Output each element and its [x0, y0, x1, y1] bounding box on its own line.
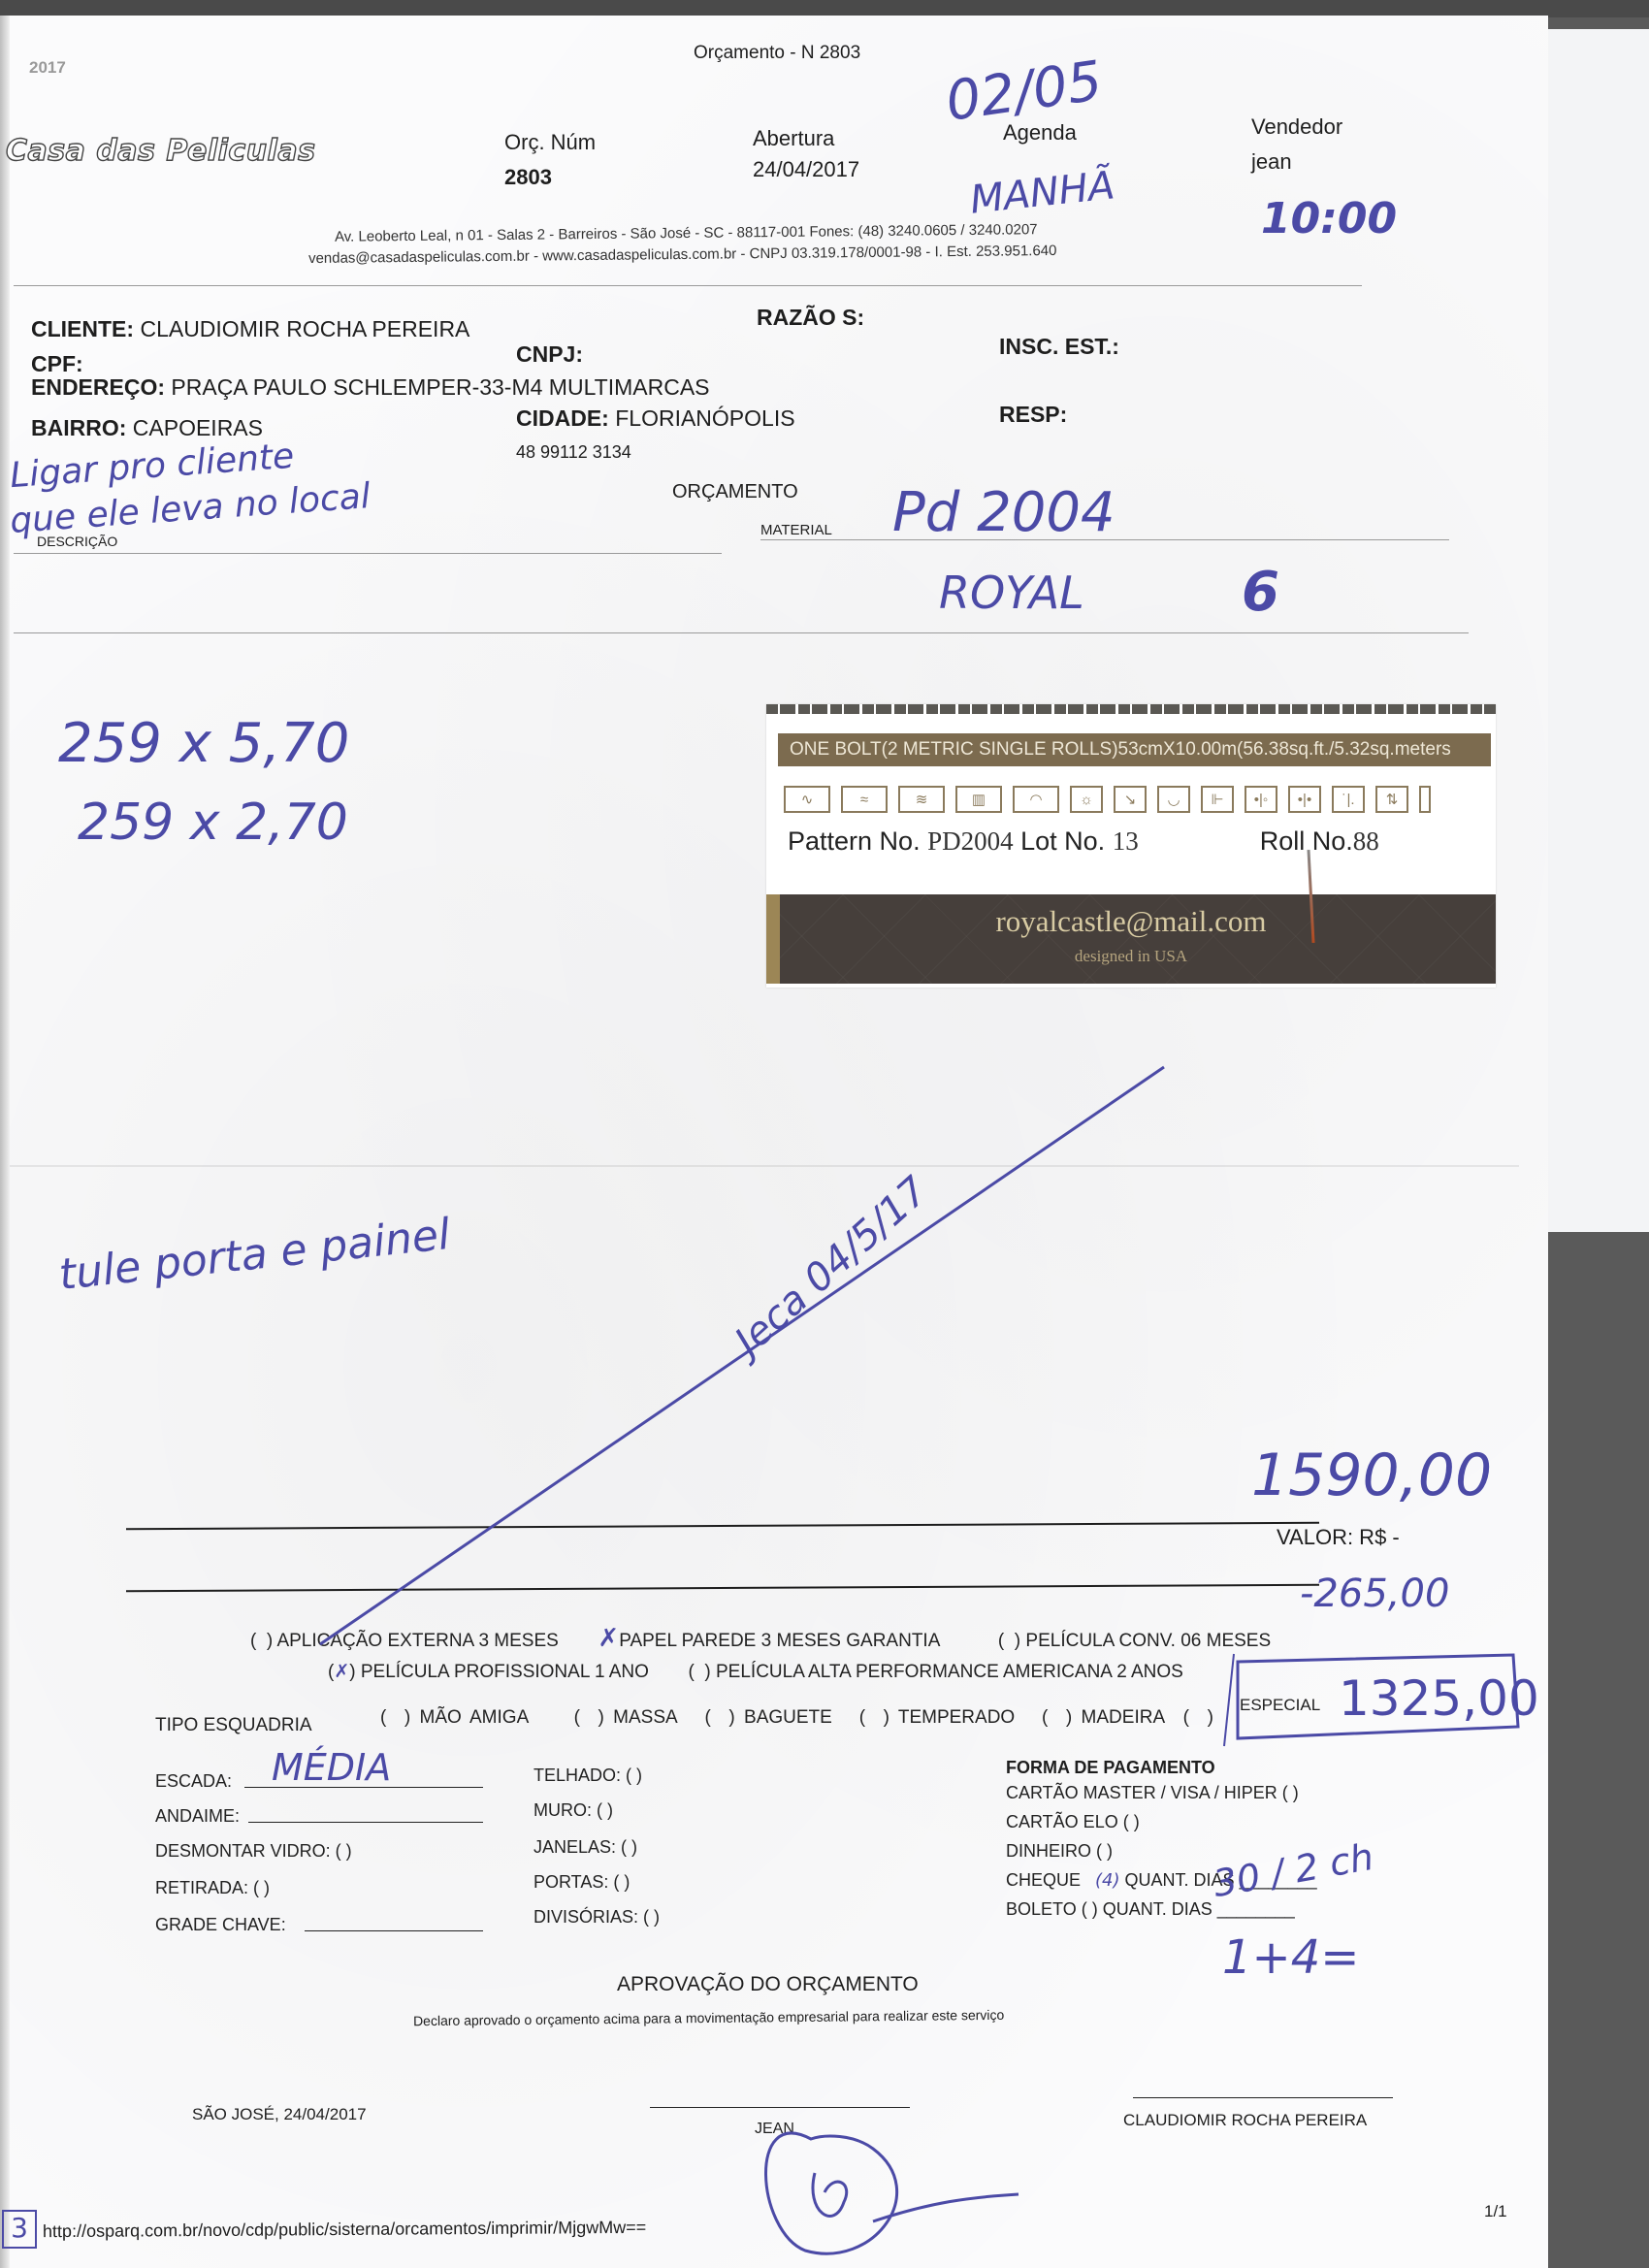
page-marker: 3	[2, 2210, 37, 2249]
handwritten-special: 1325,00	[1339, 1670, 1539, 1727]
reverse-hang-icon: ⇅	[1375, 786, 1408, 813]
page-number: 1/1	[1484, 2202, 1507, 2221]
wave-2-icon: ≈	[841, 786, 888, 813]
client-phone: 48 99112 3134	[516, 442, 631, 463]
torn-edge	[766, 704, 1496, 714]
andaime-label: ANDAIME:	[155, 1806, 240, 1827]
payment-cartao-elo[interactable]: CARTÃO ELO ( )	[1006, 1812, 1140, 1832]
client-signature-name: CLAUDIOMIR ROCHA PEREIRA	[1123, 2111, 1367, 2130]
esquadria-temperado[interactable]: ( ) TEMPERADO	[859, 1707, 1016, 1728]
insc-label: INSC. EST.:	[999, 334, 1119, 360]
esquadria-options: ( ) MÃO AMIGA ( ) MASSA ( ) BAGUETE ( ) …	[380, 1707, 1213, 1729]
vendedor-label: Vendedor	[1251, 114, 1342, 140]
divisorias-option[interactable]: DIVISÓRIAS: ( )	[533, 1907, 660, 1928]
header-divider	[14, 285, 1362, 286]
orc-num-label: Orç. Núm	[504, 130, 596, 155]
janelas-option[interactable]: JANELAS: ( )	[533, 1837, 637, 1858]
option-pelicula-profissional[interactable]: (✗) PELÍCULA PROFISSIONAL 1 ANO	[328, 1662, 649, 1682]
esquadria-baguete[interactable]: ( ) BAGUETE	[705, 1707, 832, 1728]
option-pelicula-conv[interactable]: ( ) PELÍCULA CONV. 06 MESES	[998, 1631, 1271, 1651]
cliente-field: CLIENTE: CLAUDIOMIR ROCHA PEREIRA	[31, 316, 469, 342]
orc-num-value: 2803	[504, 165, 552, 190]
wave-3-icon: ≋	[898, 786, 945, 813]
brush-icon: ▥	[955, 786, 1002, 813]
lot-number: 13	[1113, 826, 1139, 856]
abertura-label: Abertura	[753, 126, 834, 151]
material-handwritten-code: Pd 2004	[892, 481, 1115, 544]
company-logo: Casa das Peliculas	[6, 134, 315, 168]
esquadria-mao-amiga[interactable]: ( ) MÃO AMIGA	[380, 1707, 529, 1728]
offset-match-icon: •|◦	[1245, 786, 1277, 813]
handwritten-total: 1590,00	[1251, 1442, 1492, 1509]
brand-email: royalcastle@mail.com	[766, 904, 1496, 939]
roll-spec-band: ONE BOLT(2 METRIC SINGLE ROLLS)53cmX10.0…	[778, 733, 1491, 766]
document-title: Orçamento - N 2803	[694, 43, 860, 64]
payment-cartao-master[interactable]: CARTÃO MASTER / VISA / HIPER ( )	[1006, 1783, 1299, 1803]
option-papel-parede[interactable]: ✗PAPEL PAREDE 3 MESES GARANTIA	[598, 1631, 939, 1651]
escada-value: MÉDIA	[272, 1746, 391, 1789]
sun-rise-icon: ◠	[1013, 786, 1059, 813]
descricao-label: DESCRIÇÃO	[37, 534, 117, 549]
option-row-2: (✗) PELÍCULA PROFISSIONAL 1 ANO ( ) PELÍ…	[328, 1661, 1183, 1683]
seller-signature-name: JEAN	[755, 2121, 794, 2138]
material-handwritten-brand: ROYAL	[939, 567, 1084, 619]
cpf-label: CPF:	[31, 351, 83, 377]
roll-info: Pattern No. PD2004 Lot No. 13 Roll No.88	[788, 826, 1379, 857]
razao-label: RAZÃO S:	[757, 305, 864, 331]
measure-1: 259 x 5,70	[58, 712, 349, 775]
valor-label: VALOR: R$ -	[1277, 1525, 1400, 1550]
payment-boleto[interactable]: BOLETO ( ) QUANT. DIAS ________	[1006, 1899, 1295, 1920]
scan-edge	[0, 16, 10, 2268]
cnpj-label: CNPJ:	[516, 341, 583, 368]
grade-chave-line	[305, 1930, 483, 1931]
corner-year: 2017	[29, 58, 66, 78]
paste-wall-icon: ⊩	[1201, 786, 1234, 813]
resp-label: RESP:	[999, 402, 1067, 428]
approval-place-date: SÃO JOSÉ, 24/04/2017	[192, 2105, 367, 2124]
footer-url[interactable]: http://osparq.com.br/novo/cdp/public/sis…	[43, 2218, 646, 2242]
muro-option[interactable]: MURO: ( )	[533, 1800, 613, 1821]
endereco-field: ENDEREÇO: PRAÇA PAULO SCHLEMPER-33-M4 MU…	[31, 374, 710, 401]
option-aplicacao-externa[interactable]: ( ) APLICAÇÃO EXTERNA 3 MESES	[250, 1631, 559, 1651]
grade-chave-label: GRADE CHAVE:	[155, 1915, 286, 1935]
measure-2: 259 x 2,70	[78, 794, 348, 852]
retirada-option[interactable]: RETIRADA: ( )	[155, 1878, 270, 1898]
sun-icon: ☼	[1070, 786, 1103, 813]
material-divider	[14, 632, 1469, 633]
option-row-1: ( ) APLICAÇÃO EXTERNA 3 MESES ✗PAPEL PAR…	[250, 1624, 1271, 1653]
paper-fold	[6, 1165, 1519, 1167]
roll-number: 88	[1353, 826, 1379, 856]
payment-title: FORMA DE PAGAMENTO	[1006, 1758, 1215, 1778]
option-pelicula-alta-performance[interactable]: ( ) PELÍCULA ALTA PERFORMANCE AMERICANA …	[689, 1662, 1183, 1682]
payment-dinheiro[interactable]: DINHEIRO ( )	[1006, 1841, 1113, 1862]
vendedor-handwritten-time: 10:00	[1261, 194, 1397, 243]
half-drop-icon: ˙|.	[1332, 786, 1365, 813]
wash-icon: ◡	[1157, 786, 1190, 813]
brand-band: royalcastle@mail.com designed in USA	[766, 894, 1496, 984]
straight-match-icon: •|•	[1288, 786, 1321, 813]
partial-icon	[1419, 786, 1431, 813]
brand-tagline: designed in USA	[766, 947, 1496, 966]
handwritten-discount: -265,00	[1300, 1571, 1449, 1616]
material-handwritten-qty: 6	[1242, 561, 1279, 624]
esquadria-madeira[interactable]: ( ) MADEIRA	[1042, 1707, 1165, 1728]
esquadria-label: TIPO ESQUADRIA	[155, 1715, 312, 1736]
cidade-field: CIDADE: FLORIANÓPOLIS	[516, 405, 795, 432]
telhado-option[interactable]: TELHADO: ( )	[533, 1766, 642, 1786]
abertura-value: 24/04/2017	[753, 157, 859, 182]
material-label: MATERIAL	[760, 522, 832, 538]
approval-title: APROVAÇÃO DO ORÇAMENTO	[617, 1973, 919, 1996]
desmontar-vidro-option[interactable]: DESMONTAR VIDRO: ( )	[155, 1841, 352, 1862]
descricao-line	[14, 553, 722, 554]
seller-signature-line	[650, 2107, 910, 2108]
orcamento-label: ORÇAMENTO	[672, 481, 798, 503]
vendedor-value: jean	[1251, 149, 1292, 175]
pattern-number: PD2004	[927, 826, 1014, 856]
escada-label: ESCADA:	[155, 1771, 232, 1792]
handwritten-payment-sum: 1+4=	[1222, 1930, 1360, 1985]
esquadria-massa[interactable]: ( ) MASSA	[574, 1707, 678, 1728]
portas-option[interactable]: PORTAS: ( )	[533, 1872, 630, 1893]
client-signature-line	[1133, 2097, 1393, 2098]
wave-1-icon: ∿	[784, 786, 830, 813]
especial-label: ESPECIAL	[1240, 1696, 1320, 1715]
bairro-field: BAIRRO: CAPOEIRAS	[31, 415, 263, 441]
care-icons: ∿ ≈ ≋ ▥ ◠ ☼ ↘ ◡ ⊩ •|◦ •|• ˙|. ⇅	[784, 786, 1431, 813]
andaime-line	[248, 1822, 483, 1823]
peel-icon: ↘	[1114, 786, 1147, 813]
wallpaper-roll-label: ONE BOLT(2 METRIC SINGLE ROLLS)53cmX10.0…	[766, 704, 1496, 988]
